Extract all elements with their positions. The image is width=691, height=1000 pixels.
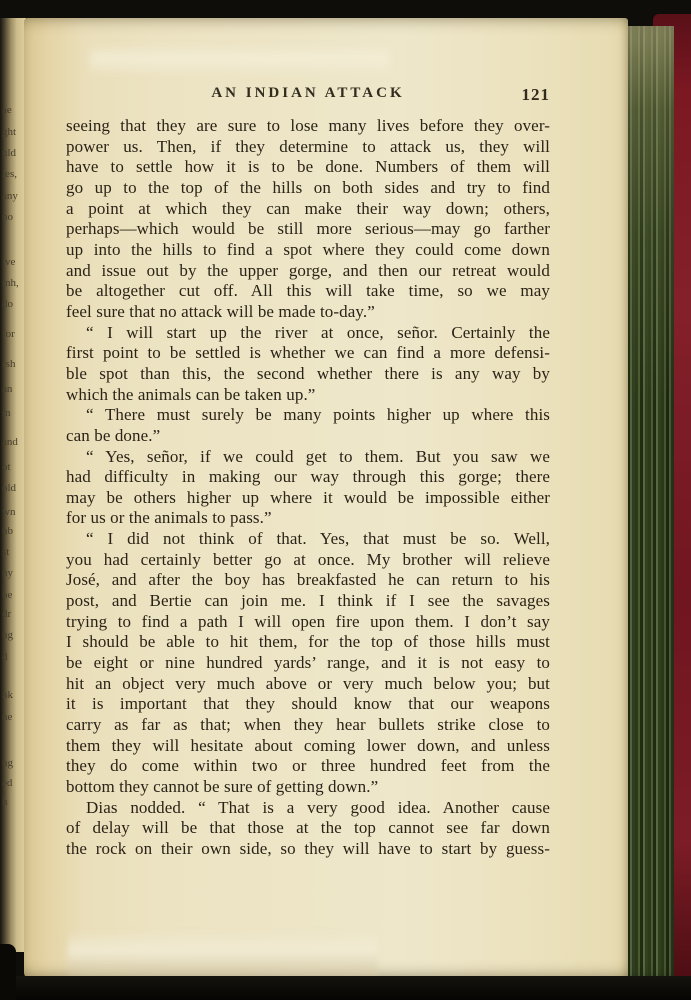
scan-smudge-bottom xyxy=(68,930,378,982)
gutter-text-fragment: ae xyxy=(2,104,12,116)
text-line: have to settle how it is to be done. Num… xyxy=(66,157,550,178)
text-line: of delay will be that those at the top c… xyxy=(66,818,550,839)
text-line: trying to find a path I will open fire u… xyxy=(66,612,550,633)
text-line: “ There must surely be many points highe… xyxy=(66,405,550,426)
text-line: I should be able to hit them, for the to… xyxy=(66,632,550,653)
gutter-text-fragment: ed xyxy=(2,777,12,789)
text-line: carry as far as that; when they hear bul… xyxy=(66,715,550,736)
gutter-text-fragment: an xyxy=(2,383,12,395)
gutter-text-fragment: no xyxy=(2,211,13,223)
text-line: “ Yes, señor, if we could get to them. B… xyxy=(66,447,550,468)
text-line: they do come within two or three hundred… xyxy=(66,756,550,777)
text-line: power us. Then, if they determine to att… xyxy=(66,137,550,158)
text-line: may be others higher up where it would b… xyxy=(66,488,550,509)
gutter-text-fragment: ng xyxy=(2,757,13,769)
gutter-text-fragment: ght xyxy=(2,126,16,138)
text-line: had difficulty in making our way through… xyxy=(66,467,550,488)
gutter-text-fragment: be xyxy=(2,589,12,601)
text-line: Dias nodded. “ That is a very good idea.… xyxy=(66,798,550,819)
text-line: go up to the top of the hills on both si… xyxy=(66,178,550,199)
text-line: for us or the animals to pass.” xyxy=(66,508,550,529)
text-line: you had certainly better go at once. My … xyxy=(66,550,550,571)
gutter-text-fragment: les, xyxy=(2,168,17,180)
text-line: ble spot than this, the second whether t… xyxy=(66,364,550,385)
text-line: hit an object very much above or very mu… xyxy=(66,674,550,695)
gutter-text-fragment: ne xyxy=(2,711,12,723)
gutter-text-fragment: m xyxy=(2,407,11,419)
gutter-text-fragment: ny xyxy=(2,567,13,579)
gutter-text-fragment: for xyxy=(2,328,15,340)
text-line: a point at which they can make their way… xyxy=(66,199,550,220)
text-line: post, and Bertie can join me. I think if… xyxy=(66,591,550,612)
text-line: be altogether cut off. All this will tak… xyxy=(66,281,550,302)
page-number-label: 121 xyxy=(522,85,551,105)
gutter-text-fragment: dr xyxy=(2,608,11,620)
book-page: AN INDIAN ATTACK 121 seeing that they ar… xyxy=(24,18,628,980)
page-header: AN INDIAN ATTACK 121 xyxy=(66,85,550,105)
gutter-text-fragment: ive xyxy=(2,256,15,268)
text-line: perhaps—which would be still more seriou… xyxy=(66,219,550,240)
gutter-facing-page-sliver: aeghtuldles,anynoivemh,doforrshanmandoto… xyxy=(0,18,26,952)
text-line: “ I did not think of that. Yes, that mus… xyxy=(66,529,550,550)
scan-background-bottom xyxy=(0,976,691,1000)
text-line: can be done.” xyxy=(66,426,550,447)
page-body-text: seeing that they are sure to lose many l… xyxy=(66,116,550,860)
text-line: and issue out by the upper gorge, and th… xyxy=(66,261,550,282)
text-line: seeing that they are sure to lose many l… xyxy=(66,116,550,137)
gutter-text-fragment: old xyxy=(2,482,16,494)
page-text-block: AN INDIAN ATTACK 121 seeing that they ar… xyxy=(66,85,550,860)
gutter-text-fragment: mh, xyxy=(2,277,19,289)
text-line: them they will hesitate about coming low… xyxy=(66,736,550,757)
scan-background-corner xyxy=(0,944,16,1000)
text-line: bottom they cannot be sure of getting do… xyxy=(66,777,550,798)
text-line: which the animals can be taken up.” xyxy=(66,385,550,406)
fore-edge-highlight xyxy=(622,26,674,406)
gutter-text-fragment: st xyxy=(2,546,9,558)
text-line: the rock on their own side, so they will… xyxy=(66,839,550,860)
gutter-text-fragment: nb xyxy=(2,525,13,537)
gutter-text-fragment: any xyxy=(2,190,18,202)
gutter-text-fragment: rsh xyxy=(2,358,15,370)
gutter-text-fragment: do xyxy=(2,298,13,310)
text-line: up into the hills to find a spot where t… xyxy=(66,240,550,261)
gutter-text-fragment: uld xyxy=(2,147,16,159)
text-line: be eight or nine hundred yards’ range, a… xyxy=(66,653,550,674)
running-title: AN INDIAN ATTACK xyxy=(211,85,404,101)
gutter-text-fragment: wn xyxy=(2,506,15,518)
gutter-text-fragment: and xyxy=(2,436,18,448)
page-block-fore-edge xyxy=(622,26,674,982)
gutter-text-fragment: h xyxy=(2,796,8,808)
gutter-text-fragment: ng xyxy=(2,629,13,641)
text-line: feel sure that no attack will be made to… xyxy=(66,302,550,323)
text-line: it is important that they should know th… xyxy=(66,694,550,715)
gutter-text-fragment: ot xyxy=(2,461,11,473)
gutter-text-fragment: nk xyxy=(2,689,13,701)
text-line: “ I will start up the river at once, señ… xyxy=(66,323,550,344)
scan-smudge-top xyxy=(90,44,390,76)
text-line: first point to be settled is whether we … xyxy=(66,343,550,364)
text-line: José, and after the boy has breakfasted … xyxy=(66,570,550,591)
gutter-text-fragment: d xyxy=(2,651,8,663)
